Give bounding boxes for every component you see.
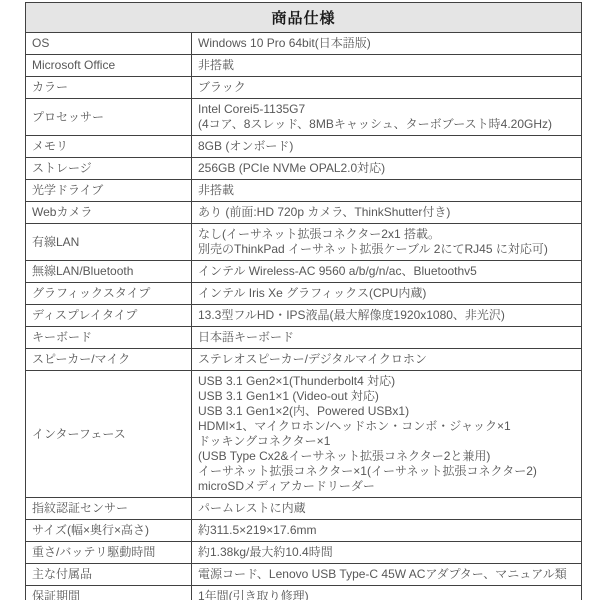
spec-label: インターフェース [26,371,192,498]
spec-value-line: 8GB (オンボード) [198,139,575,154]
spec-row: Webカメラ あり (前面:HD 720p カメラ、ThinkShutter付き… [26,202,582,224]
spec-value-line: (4コア、8スレッド、8MBキャッシュ、ターボブースト時4.20GHz) [198,117,575,132]
spec-value-line: 約311.5×219×17.6mm [198,523,575,538]
spec-row: 保証期間 1年間(引き取り修理) [26,586,582,600]
spec-value-line: microSDメディアカードリーダー [198,479,575,494]
spec-value: インテル Wireless-AC 9560 a/b/g/n/ac、Bluetoo… [192,261,582,283]
spec-label: 光学ドライブ [26,180,192,202]
spec-value: 約311.5×219×17.6mm [192,520,582,542]
spec-value-line: 約1.38kg/最大約10.4時間 [198,545,575,560]
spec-label: スピーカー/マイク [26,349,192,371]
spec-label: グラフィックスタイプ [26,283,192,305]
spec-value-line: USB 3.1 Gen1×2(内、Powered USBx1) [198,404,575,419]
spec-value: USB 3.1 Gen2×1(Thunderbolt4 対応)USB 3.1 G… [192,371,582,498]
spec-value-line: ブラック [198,80,575,95]
spec-value-line: USB 3.1 Gen2×1(Thunderbolt4 対応) [198,374,575,389]
spec-value-line: 非搭載 [198,58,575,73]
spec-value-line: なし(イーサネット拡張コネクター2x1 搭載。 [198,227,575,242]
spec-value-line: 日本語キーボード [198,330,575,345]
spec-label: 有線LAN [26,224,192,261]
spec-value: 1年間(引き取り修理) [192,586,582,600]
spec-row: グラフィックスタイプ インテル Iris Xe グラフィックス(CPU内蔵) [26,283,582,305]
spec-label: 無線LAN/Bluetooth [26,261,192,283]
spec-value: 13.3型フルHD・IPS液晶(最大解像度1920x1080、非光沢) [192,305,582,327]
spec-value-line: 電源コード、Lenovo USB Type-C 45W ACアダプター、マニュア… [198,567,575,582]
spec-value-line: 1年間(引き取り修理) [198,589,575,600]
spec-value: 非搭載 [192,55,582,77]
spec-value: 約1.38kg/最大約10.4時間 [192,542,582,564]
spec-value-line: (USB Type Cx2&イーサネット拡張コネクター2と兼用) [198,449,575,464]
spec-value-line: 非搭載 [198,183,575,198]
spec-label: 主な付属品 [26,564,192,586]
spec-label: ストレージ [26,158,192,180]
spec-label: Microsoft Office [26,55,192,77]
spec-row: ストレージ 256GB (PCIe NVMe OPAL2.0対応) [26,158,582,180]
spec-row: 有線LAN なし(イーサネット拡張コネクター2x1 搭載。別売のThinkPad… [26,224,582,261]
spec-row: 指紋認証センサー パームレストに内蔵 [26,498,582,520]
spec-value: インテル Iris Xe グラフィックス(CPU内蔵) [192,283,582,305]
spec-title-row: 商品仕様 [26,3,582,33]
spec-label: プロセッサー [26,99,192,136]
spec-label: 保証期間 [26,586,192,600]
spec-label: 指紋認証センサー [26,498,192,520]
spec-value-line: インテル Iris Xe グラフィックス(CPU内蔵) [198,286,575,301]
spec-row: カラー ブラック [26,77,582,99]
spec-row: キーボード 日本語キーボード [26,327,582,349]
spec-value-line: USB 3.1 Gen1×1 (Video-out 対応) [198,389,575,404]
spec-value-line: 別売のThinkPad イーサネット拡張ケーブル 2にてRJ45 に対応可) [198,242,575,257]
spec-value: なし(イーサネット拡張コネクター2x1 搭載。別売のThinkPad イーサネッ… [192,224,582,261]
spec-value-line: インテル Wireless-AC 9560 a/b/g/n/ac、Bluetoo… [198,264,575,279]
spec-label: サイズ(幅×奥行×高さ) [26,520,192,542]
spec-value-line: イーサネット拡張コネクター×1(イーサネット拡張コネクター2) [198,464,575,479]
spec-value: 非搭載 [192,180,582,202]
spec-row: スピーカー/マイク ステレオスピーカー/デジタルマイクロホン [26,349,582,371]
spec-table-title: 商品仕様 [26,3,582,33]
spec-row: OS Windows 10 Pro 64bit(日本語版) [26,33,582,55]
spec-value: 8GB (オンボード) [192,136,582,158]
spec-value: パームレストに内蔵 [192,498,582,520]
spec-label: キーボード [26,327,192,349]
spec-row: 無線LAN/Bluetooth インテル Wireless-AC 9560 a/… [26,261,582,283]
spec-value: あり (前面:HD 720p カメラ、ThinkShutter付き) [192,202,582,224]
spec-value: Windows 10 Pro 64bit(日本語版) [192,33,582,55]
spec-value-line: Windows 10 Pro 64bit(日本語版) [198,36,575,51]
spec-label: カラー [26,77,192,99]
spec-label: 重さ/バッテリ駆動時間 [26,542,192,564]
spec-value-line: あり (前面:HD 720p カメラ、ThinkShutter付き) [198,205,575,220]
spec-table-body: OS Windows 10 Pro 64bit(日本語版) Microsoft … [26,33,582,600]
spec-value-line: 13.3型フルHD・IPS液晶(最大解像度1920x1080、非光沢) [198,308,575,323]
spec-value-line: ドッキングコネクター×1 [198,434,575,449]
product-spec-table: 商品仕様 OS Windows 10 Pro 64bit(日本語版) Micro… [25,2,582,600]
spec-value: 電源コード、Lenovo USB Type-C 45W ACアダプター、マニュア… [192,564,582,586]
spec-row: 光学ドライブ 非搭載 [26,180,582,202]
spec-value-line: Intel Corei5-1135G7 [198,102,575,117]
spec-value: 256GB (PCIe NVMe OPAL2.0対応) [192,158,582,180]
spec-row: インターフェース USB 3.1 Gen2×1(Thunderbolt4 対応)… [26,371,582,498]
spec-row: 重さ/バッテリ駆動時間 約1.38kg/最大約10.4時間 [26,542,582,564]
spec-value: ステレオスピーカー/デジタルマイクロホン [192,349,582,371]
spec-row: 主な付属品 電源コード、Lenovo USB Type-C 45W ACアダプタ… [26,564,582,586]
spec-row: ディスプレイタイプ 13.3型フルHD・IPS液晶(最大解像度1920x1080… [26,305,582,327]
spec-value: 日本語キーボード [192,327,582,349]
spec-label: メモリ [26,136,192,158]
spec-value-line: 256GB (PCIe NVMe OPAL2.0対応) [198,161,575,176]
spec-value: Intel Corei5-1135G7(4コア、8スレッド、8MBキャッシュ、タ… [192,99,582,136]
spec-row: Microsoft Office 非搭載 [26,55,582,77]
spec-label: Webカメラ [26,202,192,224]
spec-value-line: HDMI×1、マイクロホン/ヘッドホン・コンボ・ジャック×1 [198,419,575,434]
spec-label: ディスプレイタイプ [26,305,192,327]
spec-row: プロセッサー Intel Corei5-1135G7(4コア、8スレッド、8MB… [26,99,582,136]
spec-value-line: ステレオスピーカー/デジタルマイクロホン [198,352,575,367]
spec-value-line: パームレストに内蔵 [198,501,575,516]
spec-label: OS [26,33,192,55]
spec-value: ブラック [192,77,582,99]
spec-row: メモリ 8GB (オンボード) [26,136,582,158]
spec-row: サイズ(幅×奥行×高さ) 約311.5×219×17.6mm [26,520,582,542]
